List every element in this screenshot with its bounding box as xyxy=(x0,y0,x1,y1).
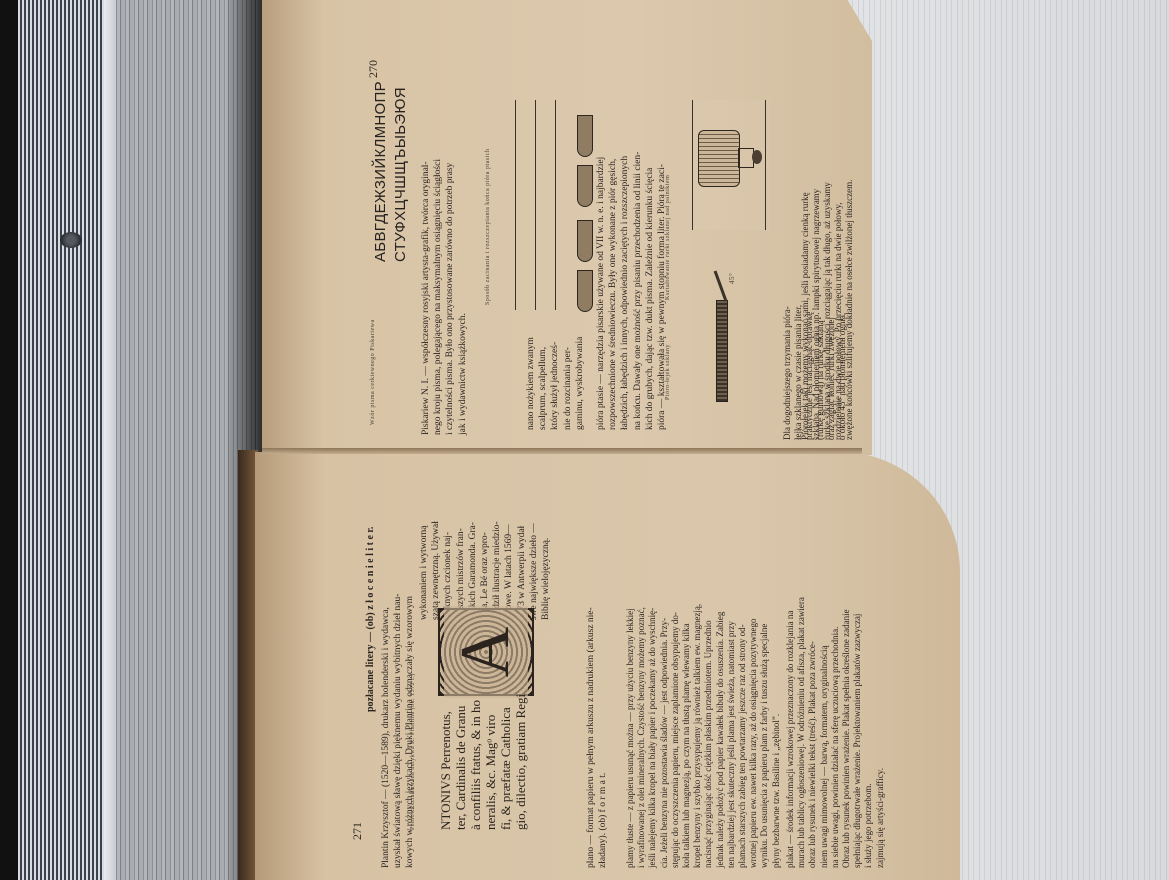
text-line: Dla dogodniejszego trzymania pióra- xyxy=(782,305,793,440)
entry-piora-continuation: nano nożykiem zwanym scalprum, scalpellu… xyxy=(525,337,586,430)
text-line: wyniku. Do usunięcia z papieru plam z fa… xyxy=(759,604,770,868)
page-number-left: 270 xyxy=(366,60,381,78)
text-line: jednak należy położyć pod papier kawałek… xyxy=(715,604,726,868)
page-number-right: 271 xyxy=(350,822,365,840)
text-line: zładany). (ob) f o r m a t. xyxy=(597,607,609,868)
caption-antique: Pełnowkształtowana antykwa K. Plantina (… xyxy=(410,673,416,830)
initial-letter: A xyxy=(444,606,528,698)
text-line: neralis, &c. Magᵒ viro xyxy=(483,694,498,830)
text-line: plamy tłuste — z papieru usunąć można — … xyxy=(625,604,636,868)
text-line: scalprum, scalpellum, xyxy=(537,337,549,430)
cyrillic-line-2: СТУФХЦЧШЩЪЫЬЭЮЯ xyxy=(392,87,409,262)
text-line: zwężone końcówki szlifujemy dokładnie na… xyxy=(844,180,855,440)
text-line: który służył jednocześ- xyxy=(549,337,561,430)
text-line: stępując do oczyszczenia papieru, miejsc… xyxy=(670,604,681,868)
caption-glass-pen: Pióro-łejek szklany xyxy=(665,344,671,400)
text-line: pióra ptasie — narzędzia pisarskie używa… xyxy=(595,152,607,430)
text-line: Piskariew N. I. — współczesny rosyjski a… xyxy=(420,159,432,435)
text-line: Plantin Krzysztof — (1520—1589), drukarz… xyxy=(380,594,392,868)
text-line: swe największe dzieło — xyxy=(528,521,540,620)
text-line: na siebie uwagi, powinien działać na sfe… xyxy=(830,597,841,868)
text-line: nano nożykiem zwanym xyxy=(525,337,537,430)
text-line: kropel benzyny i szybko przysypujemy ją … xyxy=(692,604,703,868)
quill-pens-illustration xyxy=(495,90,595,315)
text-line: plamach starszych zabieg ten powtarzamy … xyxy=(737,604,748,868)
text-line: wykonaniem i wytworną xyxy=(418,521,430,620)
text-line: cia. Jeżeli benzyna nie pozostawia śladó… xyxy=(659,604,670,868)
text-line: ten najbardziej jest skuteczny jeśli pla… xyxy=(726,604,737,868)
text-line: łabędzich, łabędzich i innych, odpowiedn… xyxy=(619,152,631,430)
text-line: kich do grubych, dając tzw. dukt pisma. … xyxy=(644,152,656,430)
entry-plano: plano — format papieru w pełnym arkuszu … xyxy=(585,607,609,868)
text-line: plano — format papieru w pełnym arkuszu … xyxy=(585,607,597,868)
text-line: wrotnej papieru ew. nawet kilka razy, aż… xyxy=(748,604,759,868)
paragraph-glass-pen-1: Piórołejek taki możemy wykonać sami, jeś… xyxy=(800,180,855,440)
entry-piskariew: Piskariew N. I. — współczesny rosyjski a… xyxy=(420,159,469,435)
angle-label: 45° xyxy=(728,273,736,284)
text-line: niem uwagi mimowolnej — barwą, formatem,… xyxy=(819,597,830,868)
screw-icon xyxy=(60,232,82,248)
glass-pen-illustration: 45° xyxy=(702,260,742,410)
text-line: płyny bezbarwne tzw. Basiline i „zębinol… xyxy=(771,604,782,868)
text-line: uzyskał światową sławę dzięki pięknemu w… xyxy=(392,594,404,868)
cyrillic-line-1: АБВГДЕЖЗИЙКЛМНОПР xyxy=(372,81,389,262)
text-line: i służy jego potrzebom. xyxy=(863,597,874,868)
text-line: Biblię wielojęzyczną. xyxy=(540,521,552,620)
antique-type-sample: NTONIVS Perrenotus, ter, Cardinalis de G… xyxy=(438,694,528,830)
text-line: obraz lub rysunek i niewielki tekst (tre… xyxy=(807,597,818,868)
entry-piora-ptasie: pióra ptasie — narzędzia pisarskie używa… xyxy=(595,152,668,430)
text-line: gaminu, wyskrobywania xyxy=(574,337,586,430)
text-line: Obraz lub rysunek powinien wrażenie. Pla… xyxy=(841,597,852,868)
metal-threshold-strip xyxy=(18,0,106,880)
text-line: gio, dilectio, gratiam Regi xyxy=(513,694,528,830)
book-spine-gutter xyxy=(262,448,862,454)
text-line: koła talkiem lub magnezją, po czym na tł… xyxy=(681,604,692,868)
entry-plamy-tluste: plamy tłuste — z papieru usunąć można — … xyxy=(625,604,782,868)
text-line: na końcu. Dawały one możność przy pisani… xyxy=(632,152,644,430)
decorative-initial-a: A xyxy=(438,608,534,696)
text-line: rurkę szklaną w środku długości, rozciąg… xyxy=(822,180,833,440)
metal-strip-edge xyxy=(104,0,116,880)
text-line: spełniając długotrwałe wrażenie. Projekt… xyxy=(852,597,863,868)
burner-illustration xyxy=(690,100,770,230)
text-line: NTONIVS Perrenotus, xyxy=(438,694,453,830)
caption-glass-tube: Kształtowanie rurki szklanej nad palniki… xyxy=(665,175,671,300)
text-line: i czytelności pisma. Było ono przystosow… xyxy=(444,159,456,435)
text-line: zajmują się artyści-grafficy. xyxy=(875,597,886,868)
caption-quill-cutting: Sposób zacinania i rozszczepiania końca … xyxy=(485,149,491,305)
text-line: nie do rozcinania per- xyxy=(562,337,574,430)
text-line: ter, Cardinalis de Granu xyxy=(453,694,468,830)
text-line: jeśli nalejemy kilka kropel na biały pap… xyxy=(647,604,658,868)
text-line: rozpowszechnione w średniowieczu. Były o… xyxy=(607,152,619,430)
entry-plakat: plakat — środek informacji wzrokowej prz… xyxy=(785,597,886,868)
text-line: nacisnąć przyginając dość ciężkim płaski… xyxy=(703,604,714,868)
text-line: murach lub tablicy ogłoszeniowej. W odró… xyxy=(796,597,807,868)
text-line: à confiliis ftatus, & in ho xyxy=(468,694,483,830)
text-line: i wyrafinowanej z olei mineralnych. Czys… xyxy=(636,604,647,868)
text-line: plakat — środek informacji wzrokowej prz… xyxy=(785,597,796,868)
text-line: nego kroju pisma, polegającego na maksym… xyxy=(432,159,444,435)
text-line: rozdzielenie na dwie połowy. Po przecięc… xyxy=(833,180,844,440)
text-line: fi, & præfatæ Catholica xyxy=(498,694,513,830)
text-line: Piórołejek taki możemy wykonać sami, jeś… xyxy=(800,180,811,440)
entry-pozlacane-litery: pozłacane litery — (ob) z ł o c e n i e … xyxy=(365,527,377,712)
text-line: jak i wydawnictw książkowych. xyxy=(457,159,469,435)
text-line: szklaną. Nad płomieniem ognia np. lampki… xyxy=(811,180,822,440)
running-footer: Wzór pisma cerkiewnego Piskariewa xyxy=(370,319,376,425)
text-line: szatą zewnętrzną. Używał xyxy=(430,521,442,620)
